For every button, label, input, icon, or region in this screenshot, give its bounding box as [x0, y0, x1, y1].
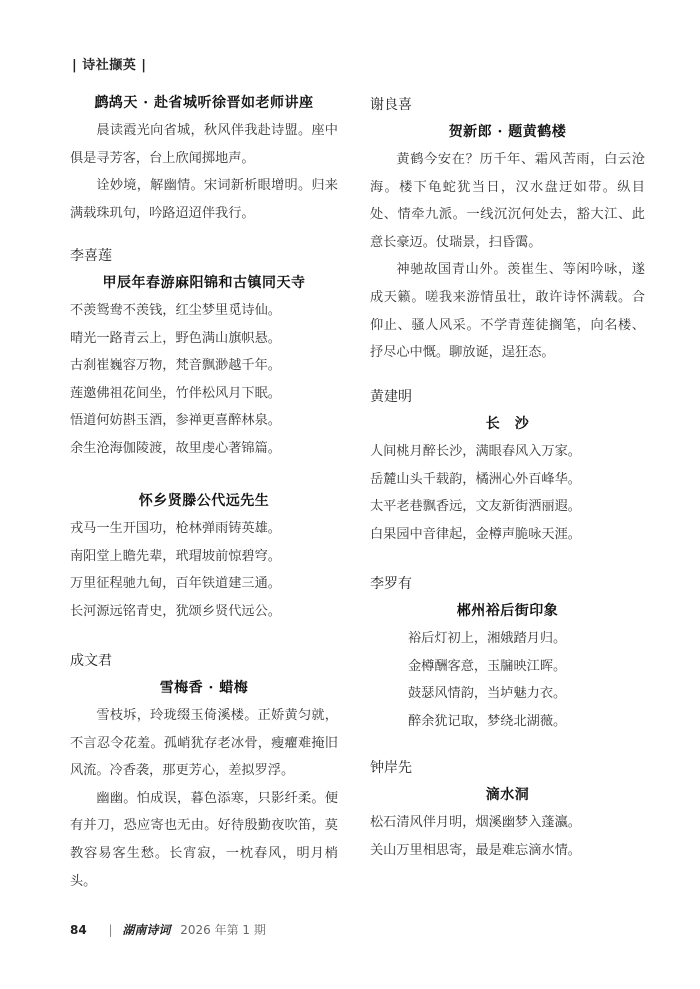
poem-stanza: 神驰故国青山外。羡崔生、等闲吟咏，遂成天籁。嗟我来游情虽壮，敢许诗怀满载。合仰止…: [370, 256, 645, 366]
poem-title: 贺新郎 · 题黄鹤楼: [370, 119, 645, 146]
poem-line: 松石清风伴月明，烟溪幽梦入蓬瀛。: [370, 809, 645, 837]
poem-title: 怀乡贤滕公代远先生: [70, 488, 338, 515]
poem-changsha: 黄建明 长 沙 人间桃月醉长沙，满眼春风入万家。 岳麓山头千载韵，橘洲心外百峰华…: [370, 384, 645, 548]
poem-stanza: 幽幽。怕成误，暮色添寒，只影纤柔。便有并刀，恐应寄也无由。好待殷勤夜吹笛，莫教容…: [70, 785, 338, 895]
poem-line: 鼓瑟风情韵，当垆魅力衣。: [370, 680, 645, 708]
poem-line: 白果园中音律起，金樽声脆咏天涯。: [370, 521, 645, 549]
footer-separator: |: [109, 923, 113, 937]
poem-title: 鹧鸪天 · 赴省城听徐晋如老师讲座: [70, 90, 338, 117]
poem-huaixiangxian: 怀乡贤滕公代远先生 戎马一生开国功，枪林弹雨铸英雄。 南阳堂上瞻先辈，玳瑁坡前惊…: [70, 488, 338, 625]
poem-title: 雪梅香 · 蜡梅: [70, 675, 338, 702]
poem-stanza: 诠妙境，解幽情。宋词新析眼增明。归来满载珠玑句，吟路迢迢伴我行。: [70, 172, 338, 227]
poem-line: 人间桃月醉长沙，满眼春风入万家。: [370, 438, 645, 466]
poem-zhegutian: 鹧鸪天 · 赴省城听徐晋如老师讲座 晨读霞光向省城，秋风伴我赴诗盟。座中俱是寻芳…: [70, 90, 338, 227]
author-name: 成文君: [70, 648, 338, 675]
poem-title: 郴州裕后街印象: [370, 598, 645, 625]
author-name: 钟岸先: [370, 755, 645, 782]
poem-line: 万里征程驰九甸，百年铁道建三通。: [70, 570, 338, 598]
poem-line: 南阳堂上瞻先辈，玳瑁坡前惊碧穹。: [70, 543, 338, 571]
poem-dishuidong: 钟岸先 滴水洞 松石清风伴月明，烟溪幽梦入蓬瀛。 关山万里相思寄，最是难忘滴水情…: [370, 755, 645, 864]
author-name: 黄建明: [370, 384, 645, 411]
author-name: 李罗有: [370, 571, 645, 598]
poem-line: 戎马一生开国功，枪林弹雨铸英雄。: [70, 515, 338, 543]
poem-line: 长河源远铭青史，犹颂乡贤代远公。: [70, 598, 338, 626]
poem-line: 不羡鸳鸯不羡钱，红尘梦里觅诗仙。: [70, 297, 338, 325]
poem-hexinlang: 谢良喜 贺新郎 · 题黄鹤楼 黄鹤今安在？历千年、霜风苦雨，白云沧海。楼下龟蛇犹…: [370, 92, 645, 367]
poem-title: 滴水洞: [370, 782, 645, 809]
poem-title: 长 沙: [370, 411, 645, 438]
poem-line: 金樽酬客意，玉牖映江晖。: [370, 653, 645, 681]
poem-line: 余生沧海伽陵渡，故里虔心著锦篇。: [70, 435, 338, 463]
issue-label: 2026 年第 1 期: [180, 923, 266, 937]
poem-stanza: 晨读霞光向省城，秋风伴我赴诗盟。座中俱是寻芳客，台上欣闻掷地声。: [70, 117, 338, 172]
author-name: 李喜莲: [70, 243, 338, 270]
poem-title: 甲辰年春游麻阳锦和古镇同天寺: [70, 270, 338, 297]
poem-line: 晴光一路青云上，野色满山旗帜悬。: [70, 325, 338, 353]
poem-line: 悟道何妨斟玉酒，参禅更喜醉林泉。: [70, 407, 338, 435]
poem-stanza: 雪枝坼，玲珑缀玉倚溪楼。正娇黄匀就，不言忍令花羞。孤峭犹存老冰骨，瘦癯难掩旧风流…: [70, 702, 338, 785]
poem-line: 关山万里相思寄，最是难忘滴水情。: [370, 837, 645, 865]
poem-line: 古刹崔巍容万物，梵音飘渺越千年。: [70, 352, 338, 380]
poem-jiachen: 李喜莲 甲辰年春游麻阳锦和古镇同天寺 不羡鸳鸯不羡钱，红尘梦里觅诗仙。 晴光一路…: [70, 243, 338, 463]
poem-line: 醉余犹记取，梦绕北湖薇。: [370, 708, 645, 736]
poem-line: 太平老巷飘香远，文友新街洒丽遐。: [370, 493, 645, 521]
poem-line: 岳麓山头千载韵，橘洲心外百峰华。: [370, 466, 645, 494]
poem-line: 裕后灯初上，湘娥踏月归。: [370, 625, 645, 653]
magazine-logo: 湖南诗词: [122, 923, 170, 937]
poem-yuhoujie: 李罗有 郴州裕后街印象 裕后灯初上，湘娥踏月归。 金樽酬客意，玉牖映江晖。 鼓瑟…: [370, 571, 645, 735]
page-number: 84: [70, 923, 87, 937]
poem-stanza: 黄鹤今安在？历千年、霜风苦雨，白云沧海。楼下龟蛇犹当日，汉水盘迂如带。纵目处、情…: [370, 146, 645, 256]
author-name: 谢良喜: [370, 92, 645, 119]
section-tag: | 诗社撷英 |: [72, 54, 147, 73]
poem-xuemeixiang: 成文君 雪梅香 · 蜡梅 雪枝坼，玲珑缀玉倚溪楼。正娇黄匀就，不言忍令花羞。孤峭…: [70, 648, 338, 895]
page-footer: 84 | 湖南诗词 2026 年第 1 期: [70, 921, 266, 938]
poem-line: 莲邀佛祖花间坐，竹伴松风月下眠。: [70, 380, 338, 408]
